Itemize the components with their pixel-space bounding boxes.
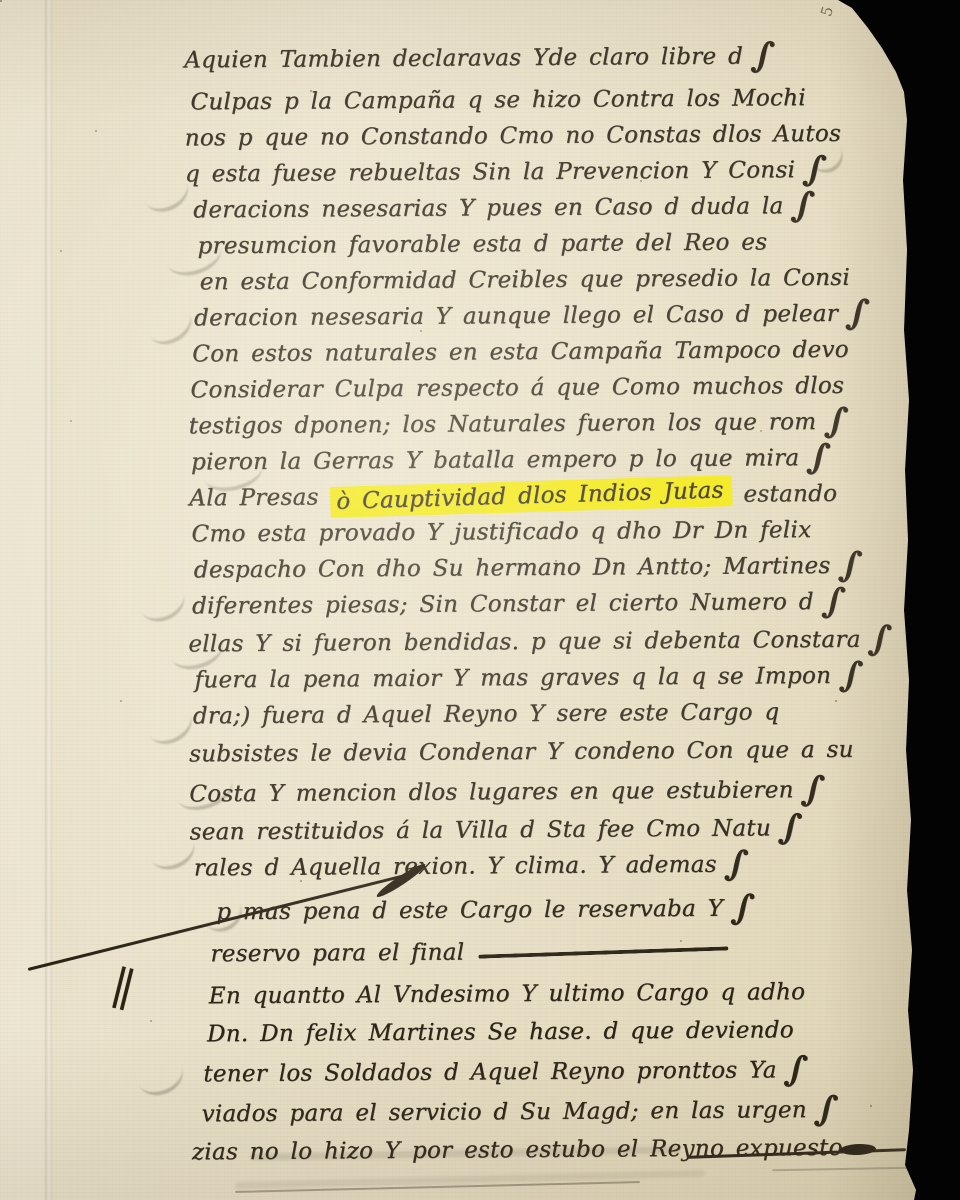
text-run: Dn. Dn felix Martines Se hase. d que dev… — [207, 1017, 794, 1047]
manuscript-line: subsistes le devia Condenar Y condeno Co… — [189, 732, 889, 773]
text-run: nos p que no Constando Cmo no Constas dl… — [185, 121, 842, 152]
ink-flourish: ∫ — [803, 787, 824, 791]
manuscript-line: reservo para el final — [210, 932, 890, 973]
text-run: Aquien Tambien declaravas Yde claro libr… — [184, 44, 743, 74]
ink-flourish: ∫ — [793, 203, 814, 207]
text-run: Ala Presas — [189, 484, 330, 511]
text-run: ellas Y si fueron bendidas. p que si deb… — [188, 627, 861, 658]
ink-flourish: ∫ — [816, 1107, 837, 1111]
ink-flourish: ∫ — [733, 906, 754, 910]
text-run: Culpas p la Campaña q se hizo Contra los… — [190, 85, 806, 115]
text-run: deracion nesesaria Y aunque llego el Cas… — [194, 301, 838, 331]
text-run: Cmo esta provado Y justificado q dho Dr … — [191, 517, 811, 547]
text-run: testigos dponen; los Naturales fueron lo… — [189, 409, 817, 439]
text-run: Costa Y mencion dlos lugares en que estu… — [189, 777, 794, 807]
ink-flourish: ∫ — [805, 167, 826, 171]
left-margin-band — [0, 0, 45, 1200]
manuscript-line: despacho Con dho Su hermano Dn Antto; Ma… — [194, 548, 888, 589]
text-run: tener los Soldados d Aquel Reyno prontto… — [203, 1057, 777, 1087]
text-run: Con estos naturales en esta Campaña Tamp… — [192, 337, 849, 368]
ink-flourish: ∫ — [840, 563, 861, 567]
manuscript-line: ellas Y si fueron bendidas. p que si deb… — [188, 622, 888, 663]
text-run: deracions nesesarias Y pues en Caso d du… — [193, 193, 783, 223]
page-number: 5 — [817, 3, 837, 19]
ink-flourish: ∫ — [848, 311, 869, 315]
manuscript-line: En quantto Al Vndesimo Y ultimo Cargo q … — [209, 974, 891, 1015]
text-run: viados para el servicio d Su Magd; en la… — [201, 1097, 806, 1127]
manuscript-line: pieron la Gerras Y batalla empero p lo q… — [191, 440, 887, 481]
ink-flourish: ∫ — [809, 455, 830, 459]
faint-rule — [772, 1167, 912, 1171]
manuscript-line: Con estos naturales en esta Campaña Tamp… — [192, 332, 886, 373]
manuscript-line: Considerar Culpa respecto á que Como muc… — [190, 368, 886, 409]
manuscript-line: Culpas p la Campaña q se hizo Contra los… — [190, 80, 884, 121]
bleedthrough-mark — [140, 590, 191, 629]
manuscript-line: Aquien Tambien declaravas Yde claro libr… — [184, 38, 884, 79]
manuscript-line: q esta fuese rebueltas Sin la Prevencion… — [185, 152, 885, 193]
text-run: zias no lo hizo Y por esto estubo el Rey… — [192, 1135, 843, 1166]
fold-crease — [45, 0, 52, 1200]
ink-rule — [478, 946, 728, 958]
ink-flourish: ∫ — [780, 825, 801, 829]
manuscript-line: en esta Conformidad Creibles que presedi… — [200, 260, 886, 301]
text-run: pieron la Gerras Y batalla empero p lo q… — [191, 445, 800, 475]
text-block: Aquien Tambien declaravas Yde claro libr… — [184, 38, 892, 1171]
text-run: En quantto Al Vndesimo Y ultimo Cargo q … — [209, 979, 806, 1009]
ink-flourish: ∫ — [826, 419, 847, 423]
manuscript-line: fuera la pena maior Y mas graves q la q … — [194, 658, 888, 699]
manuscript-line: deracions nesesarias Y pues en Caso d du… — [193, 188, 885, 229]
text-run: presumcion favorable esta d parte del Re… — [197, 229, 767, 259]
manuscript-line: rales d Aquella rexion. Y clima. Y adema… — [194, 846, 890, 887]
manuscript-line: tener los Soldados d Aquel Reyno prontto… — [203, 1052, 891, 1093]
manuscript-page: 5 Aquien Tambien declaravas Yde claro li… — [0, 0, 960, 1200]
bleedthrough-mark — [138, 1064, 189, 1102]
manuscript-line: testigos dponen; los Naturales fueron lo… — [189, 404, 887, 445]
margin-paragraph-mark: ∥ — [106, 960, 140, 1018]
text-run: en esta Conformidad Creibles que presedi… — [200, 265, 850, 296]
manuscript-line: presumcion favorable esta d parte del Re… — [197, 224, 885, 265]
manuscript-line: Ala Presas ò Cauptividad dlos Indios Jut… — [189, 476, 887, 517]
manuscript-line: sean restituidos á la Villa d Sta fee Cm… — [189, 810, 889, 851]
text-run: diferentes piesas; Sin Constar el cierto… — [192, 589, 814, 619]
ink-flourish: ∫ — [870, 637, 891, 641]
text-run: subsistes le devia Condenar Y condeno Co… — [189, 737, 854, 768]
ink-flourish: ∫ — [726, 862, 747, 866]
manuscript-line: diferentes piesas; Sin Constar el cierto… — [192, 584, 888, 625]
photo-background: 5 Aquien Tambien declaravas Yde claro li… — [0, 0, 960, 1200]
text-run: dra;) fuera d Aquel Reyno Y sere este Ca… — [193, 699, 780, 729]
text-run: sean restituidos á la Villa d Sta fee Cm… — [189, 815, 771, 845]
text-run: Considerar Culpa respecto á que Como muc… — [190, 373, 844, 404]
text-run: despacho Con dho Su hermano Dn Antto; Ma… — [194, 553, 831, 583]
ink-specks — [0, 0, 2, 2]
text-run: fuera la pena maior Y mas graves q la q … — [194, 663, 831, 693]
ink-flourish: ∫ — [841, 673, 862, 677]
faint-rule — [235, 1181, 640, 1193]
manuscript-line: zias no lo hizo Y por esto estubo el Rey… — [192, 1130, 892, 1171]
ink-flourish: ∫ — [823, 599, 844, 603]
text-run: p mas pena d este Cargo le reservaba Y — [216, 896, 723, 926]
text-run: q esta fuese rebueltas Sin la Prevencion… — [185, 157, 795, 187]
manuscript-line: viados para el servicio d Su Magd; en la… — [201, 1092, 891, 1133]
manuscript-line: nos p que no Constando Cmo no Constas dl… — [185, 116, 885, 157]
manuscript-line: deracion nesesaria Y aunque llego el Cas… — [194, 296, 886, 337]
text-run: rales d Aquella rexion. Y clima. Y adema… — [194, 852, 717, 882]
manuscript-line: Cmo esta provado Y justificado q dho Dr … — [191, 512, 887, 553]
ink-flourish: ∫ — [752, 54, 773, 58]
text-run: reservo para el final — [210, 940, 464, 968]
highlighted-text: ò Cauptividad dlos Indios Jutas — [330, 475, 732, 518]
text-run: estando — [732, 481, 838, 508]
ink-flourish: ∫ — [786, 1067, 807, 1071]
manuscript-line: dra;) fuera d Aquel Reyno Y sere este Ca… — [193, 694, 889, 735]
